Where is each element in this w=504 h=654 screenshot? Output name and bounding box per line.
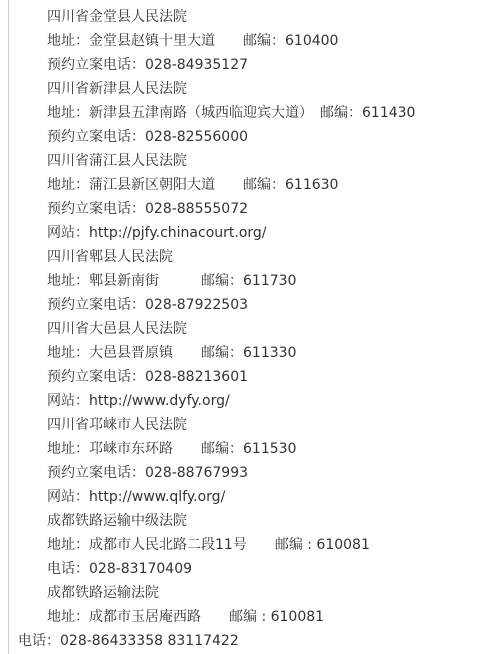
court-name-text: 四川省蒲江县人民法院 xyxy=(47,149,504,173)
court-phone-line: 预约立案电话：028-87922503 xyxy=(47,293,504,317)
court-entry: 四川省蒲江县人民法院 地址：蒲江县新区朝阳大道 邮编：611630 预约立案电话… xyxy=(0,149,504,245)
court-phone-line: 预约立案电话：028-88555072 xyxy=(47,197,504,221)
court-address-line: 地址：郫县新南街 邮编：611730 xyxy=(47,269,504,293)
court-entry: 四川省金堂县人民法院 地址：金堂县赵镇十里大道 邮编：610400 预约立案电话… xyxy=(0,5,504,77)
court-name-text: 四川省大邑县人民法院 xyxy=(47,317,504,341)
court-entry: 成都铁路运输中级法院 地址：成都市人民北路二段11号 邮编 : 610081 电… xyxy=(0,509,504,581)
court-phone-line: 预约立案电话：028-82556000 xyxy=(47,125,504,149)
court-phone-line: 预约立案电话：028-84935127 xyxy=(47,53,504,77)
court-address-line: 地址：新津县五津南路（城西临迎宾大道） 邮编：611430 xyxy=(47,101,504,125)
court-address-line: 地址：成都市玉居庵西路 邮编 : 610081 xyxy=(47,605,504,629)
court-entry: 四川省大邑县人民法院 地址：大邑县晋原镇 邮编：611330 预约立案电话：02… xyxy=(0,317,504,413)
court-phone-line: 电话：028-86433358 83117422 xyxy=(18,629,504,653)
court-name-text: 成都铁路运输法院 xyxy=(47,581,504,605)
court-entry: 成都铁路运输法院 地址：成都市玉居庵西路 邮编 : 610081 电话：028-… xyxy=(0,581,504,653)
court-entry: 四川省新津县人民法院 地址：新津县五津南路（城西临迎宾大道） 邮编：611430… xyxy=(0,77,504,149)
court-entry: 四川省郫县人民法院 地址：郫县新南街 邮编：611730 预约立案电话：028-… xyxy=(0,245,504,317)
court-entry: 四川省邛崃市人民法院 地址：邛崃市东环路 邮编：611530 预约立案电话：02… xyxy=(0,413,504,509)
court-directory-content: 四川省金堂县人民法院 地址：金堂县赵镇十里大道 邮编：610400 预约立案电话… xyxy=(0,5,504,653)
court-name-text: 四川省郫县人民法院 xyxy=(47,245,504,269)
court-address-line: 地址：金堂县赵镇十里大道 邮编：610400 xyxy=(47,29,504,53)
court-address-line: 地址：邛崃市东环路 邮编：611530 xyxy=(47,437,504,461)
court-phone-line: 预约立案电话：028-88213601 xyxy=(47,365,504,389)
court-address-line: 地址：大邑县晋原镇 邮编：611330 xyxy=(47,341,504,365)
court-name-text: 四川省邛崃市人民法院 xyxy=(47,413,504,437)
court-phone-line: 电话：028-83170409 xyxy=(47,557,504,581)
court-directory-page: 四川省金堂县人民法院 地址：金堂县赵镇十里大道 邮编：610400 预约立案电话… xyxy=(0,0,504,654)
court-website-line: 网站：http://www.qlfy.org/ xyxy=(47,485,504,509)
court-name-text: 四川省新津县人民法院 xyxy=(47,77,504,101)
court-address-line: 地址：成都市人民北路二段11号 邮编 : 610081 xyxy=(47,533,504,557)
court-name-text: 四川省金堂县人民法院 xyxy=(47,5,504,29)
court-phone-line: 预约立案电话：028-88767993 xyxy=(47,461,504,485)
court-website-line: 网站：http://pjfy.chinacourt.org/ xyxy=(47,221,504,245)
court-name-text: 成都铁路运输中级法院 xyxy=(47,509,504,533)
court-website-line: 网站：http://www.dyfy.org/ xyxy=(47,389,504,413)
court-address-line: 地址：蒲江县新区朝阳大道 邮编：611630 xyxy=(47,173,504,197)
